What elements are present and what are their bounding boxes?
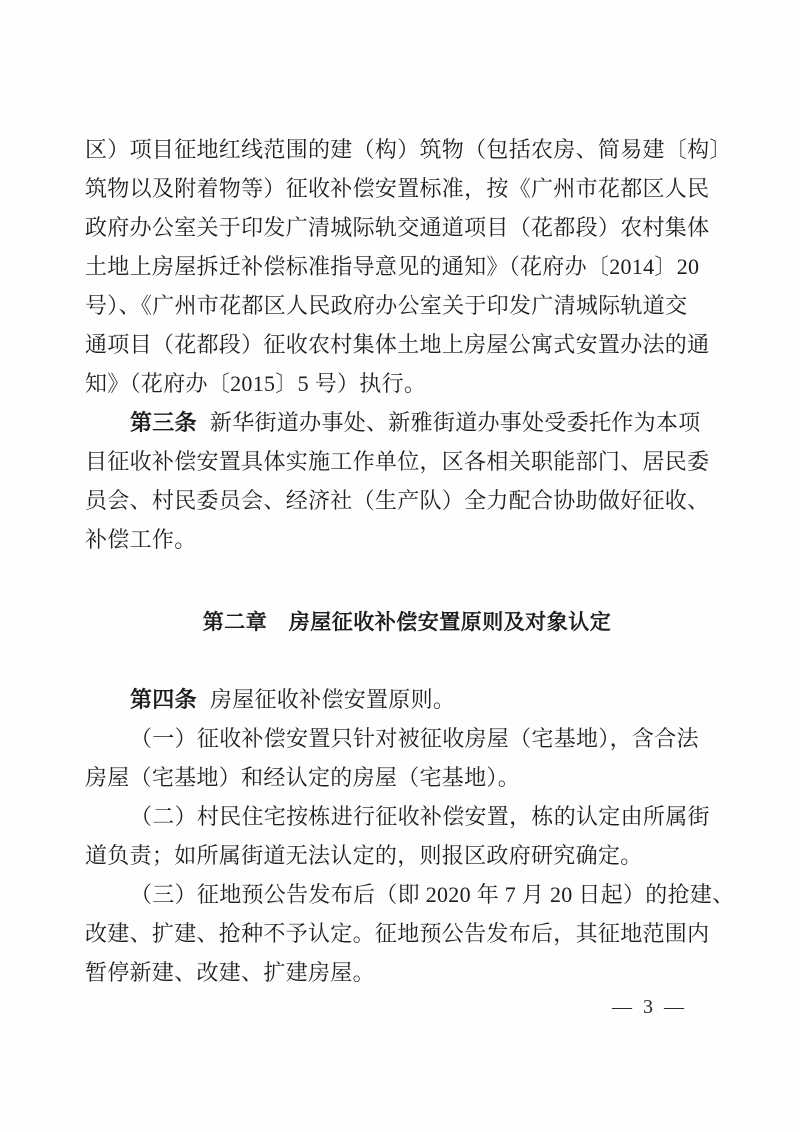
article3-text: 新华街道办事处、新雅街道办事处受委托作为本项 xyxy=(210,410,701,435)
body-line: 政府办公室关于印发广清城际轨交通道项目（花都段）农村集体 xyxy=(85,208,729,247)
body-line: 改建、扩建、抢种不予认定。征地预公告发布后，其征地范围内 xyxy=(85,914,729,953)
body-line-article3: 第三条新华街道办事处、新雅街道办事处受委托作为本项 xyxy=(85,403,729,442)
body-line: 号）、《广州市花都区人民政府办公室关于印发广清城际轨道交 xyxy=(85,286,729,325)
body-line: 暂停新建、改建、扩建房屋。 xyxy=(85,953,729,992)
article4-text: 房屋征收补偿安置原则。 xyxy=(210,687,455,712)
body-line: （二）村民住宅按栋进行征收补偿安置，栋的认定由所属街 xyxy=(85,797,729,836)
article3-label: 第三条 xyxy=(130,410,197,435)
page-number: — 3 — xyxy=(612,996,687,1019)
body-line: 筑物以及附着物等）征收补偿安置标准，按《广州市花都区人民 xyxy=(85,169,729,208)
body-line: 区）项目征地红线范围的建（构）筑物（包括农房、简易建〔构〕 xyxy=(85,130,729,169)
body-line: 通项目（花都段）征收农村集体土地上房屋公寓式安置办法的通 xyxy=(85,325,729,364)
body-line: 道负责；如所属街道无法认定的，则报区政府研究确定。 xyxy=(85,836,729,875)
body-line: （三）征地预公告发布后（即 2020 年 7 月 20 日起）的抢建、 xyxy=(85,875,729,914)
body-line: 补偿工作。 xyxy=(85,520,729,559)
body-line: 土地上房屋拆迁补偿标准指导意见的通知》（花府办〔2014〕20 xyxy=(85,247,729,286)
body-line: （一）征收补偿安置只针对被征收房屋（宅基地），含合法 xyxy=(85,719,729,758)
body-line: 目征收补偿安置具体实施工作单位，区各相关职能部门、居民委 xyxy=(85,442,729,481)
document-page: 区）项目征地红线范围的建（构）筑物（包括农房、简易建〔构〕 筑物以及附着物等）征… xyxy=(0,0,800,1132)
document-body: 区）项目征地红线范围的建（构）筑物（包括农房、简易建〔构〕 筑物以及附着物等）征… xyxy=(85,130,729,992)
body-line-article4: 第四条房屋征收补偿安置原则。 xyxy=(85,680,729,719)
body-line: 员会、村民委员会、经济社（生产队）全力配合协助做好征收、 xyxy=(85,481,729,520)
article4-label: 第四条 xyxy=(130,687,197,712)
body-line: 知》（花府办〔2015〕5 号）执行。 xyxy=(85,364,729,403)
body-line: 房屋（宅基地）和经认定的房屋（宅基地）。 xyxy=(85,758,729,797)
chapter-heading: 第二章 房屋征收补偿安置原则及对象认定 xyxy=(85,603,729,642)
